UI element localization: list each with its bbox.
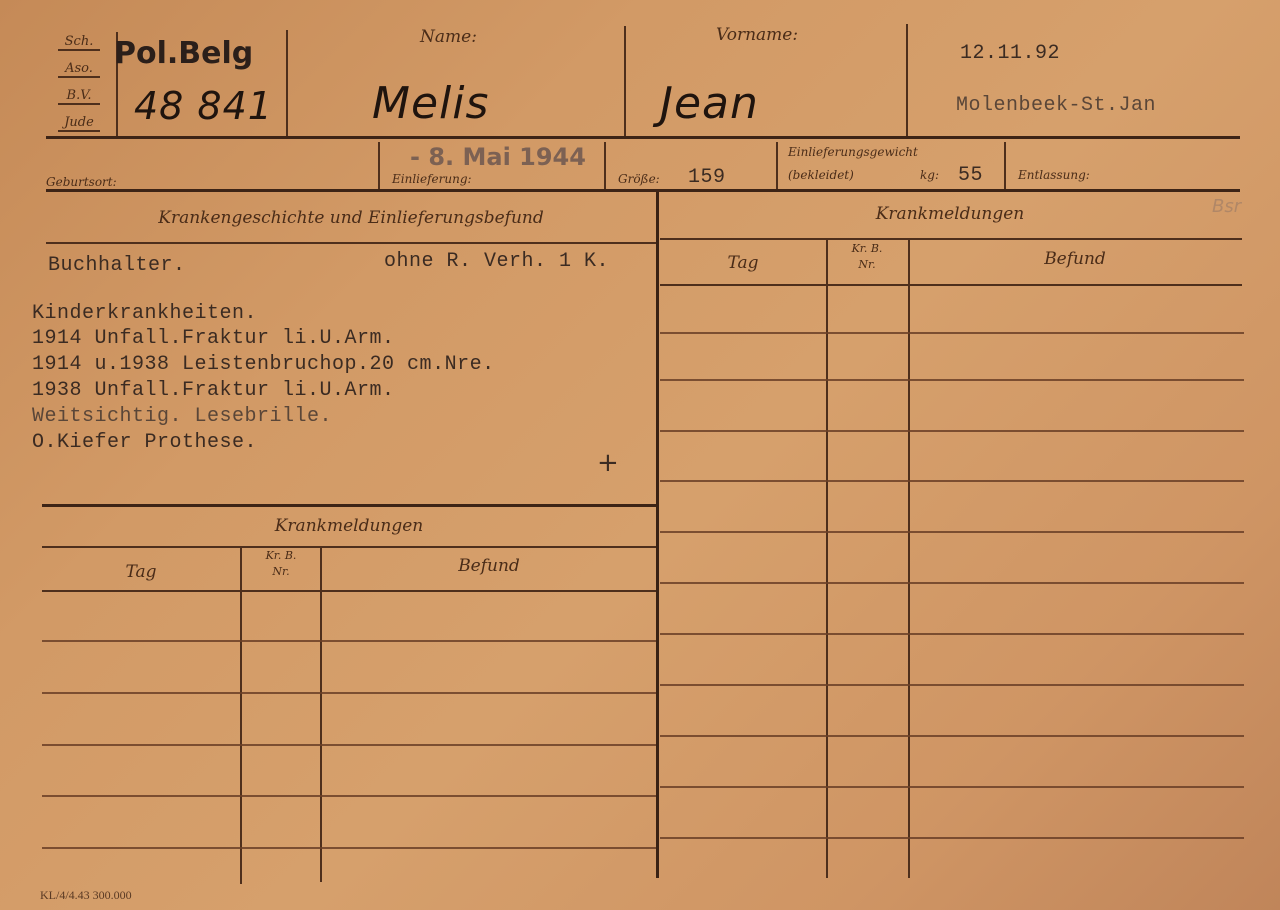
column-header-kr-b: Kr. B.	[828, 243, 906, 255]
center-divider	[656, 192, 659, 878]
history-heading: Krankengeschichte und Einlieferungsbefun…	[46, 208, 656, 228]
header-divider	[46, 136, 1240, 139]
einlieferung-date-stamp: - 8. Mai 1944	[410, 143, 586, 171]
pencil-mark: Bsr	[1212, 196, 1241, 217]
history-entry: O.Kiefer Prothese.	[32, 431, 257, 454]
table-row-line	[660, 633, 1244, 635]
history-entry: Weitsichtig. Lesebrille.	[32, 405, 332, 428]
sick-reports-left-heading: Krankmeldungen	[42, 516, 656, 536]
history-heading-divider	[46, 242, 656, 244]
name-value: Melis	[372, 78, 489, 129]
table-row-line	[660, 531, 1244, 533]
table-row-line	[660, 786, 1244, 788]
occupation: Buchhalter.	[48, 254, 186, 277]
entlassung-label: Entlassung:	[1018, 168, 1090, 182]
column-header-nr: Nr.	[242, 566, 320, 578]
divider	[286, 30, 288, 136]
history-entry: 1914 Unfall.Fraktur li.U.Arm.	[32, 327, 395, 350]
table-row-line	[660, 430, 1244, 432]
family-status: ohne R. Verh. 1 K.	[384, 250, 609, 273]
birth-date: 12.11.92	[960, 42, 1060, 65]
table-row-line	[660, 480, 1244, 482]
prisoner-number: 48 841	[134, 84, 273, 128]
column-header-tag: Tag	[660, 253, 826, 273]
table-row-line	[42, 640, 656, 642]
vorname-value: Jean	[660, 78, 759, 129]
column-divider	[826, 240, 828, 878]
geburtsort-label: Geburtsort:	[46, 175, 117, 189]
history-bottom-divider	[42, 504, 656, 507]
table-row-line	[660, 735, 1244, 737]
table-row-line	[42, 847, 656, 849]
history-entry: Kinderkrankheiten.	[32, 302, 257, 325]
code-label-aso: Aso.	[58, 61, 100, 78]
category-stamp: Pol.Belg	[114, 36, 253, 71]
column-header-tag: Tag	[42, 562, 240, 582]
groesse-value: 159	[688, 166, 726, 189]
column-divider	[320, 548, 322, 882]
cross-mark: +	[597, 448, 619, 478]
divider	[776, 142, 778, 190]
column-divider	[240, 548, 242, 884]
history-entry: 1914 u.1938 Leistenbruchop.20 cm.Nre.	[32, 353, 495, 376]
column-divider	[908, 240, 910, 878]
divider	[604, 142, 606, 190]
form-code: KL/4/4.43 300.000	[40, 888, 132, 903]
divider	[624, 26, 626, 136]
sick-reports-right-heading: Krankmeldungen	[660, 204, 1240, 224]
name-label: Name:	[420, 27, 477, 47]
divider	[906, 24, 908, 136]
groesse-label: Größe:	[618, 172, 660, 186]
table-heading-divider	[660, 238, 1242, 240]
code-label-sch: Sch.	[58, 34, 100, 51]
table-row-line	[42, 744, 656, 746]
gewicht-label: Einlieferungsgewicht	[788, 145, 918, 159]
gewicht-label-sub: (bekleidet)	[788, 168, 854, 182]
gewicht-value: 55	[958, 164, 983, 187]
row-divider	[46, 189, 1240, 192]
column-header-nr: Nr.	[828, 259, 906, 271]
column-header-befund: Befund	[908, 249, 1242, 269]
gewicht-unit: kg:	[920, 168, 939, 182]
table-row-line	[660, 684, 1244, 686]
table-heading-divider	[42, 546, 656, 548]
code-label-bv: B.V.	[58, 88, 100, 105]
column-header-kr-b: Kr. B.	[242, 550, 320, 562]
birth-place: Molenbeek-St.Jan	[956, 94, 1156, 117]
table-row-line	[660, 837, 1244, 839]
table-row-line	[660, 379, 1244, 381]
table-row-line	[42, 692, 656, 694]
table-header-divider	[42, 590, 656, 592]
code-label-jude: Jude	[58, 115, 100, 132]
divider	[1004, 142, 1006, 190]
table-row-line	[660, 582, 1244, 584]
table-header-divider	[660, 284, 1242, 286]
prisoner-medical-card: Sch. Aso. B.V. Jude Pol.Belg 48 841 Name…	[0, 0, 1280, 910]
history-entry: 1938 Unfall.Fraktur li.U.Arm.	[32, 379, 395, 402]
einlieferung-label: Einlieferung:	[392, 172, 472, 186]
table-row-line	[660, 332, 1244, 334]
vorname-label: Vorname:	[716, 25, 798, 45]
column-header-befund: Befund	[322, 556, 656, 576]
table-row-line	[42, 795, 656, 797]
divider	[378, 142, 380, 190]
